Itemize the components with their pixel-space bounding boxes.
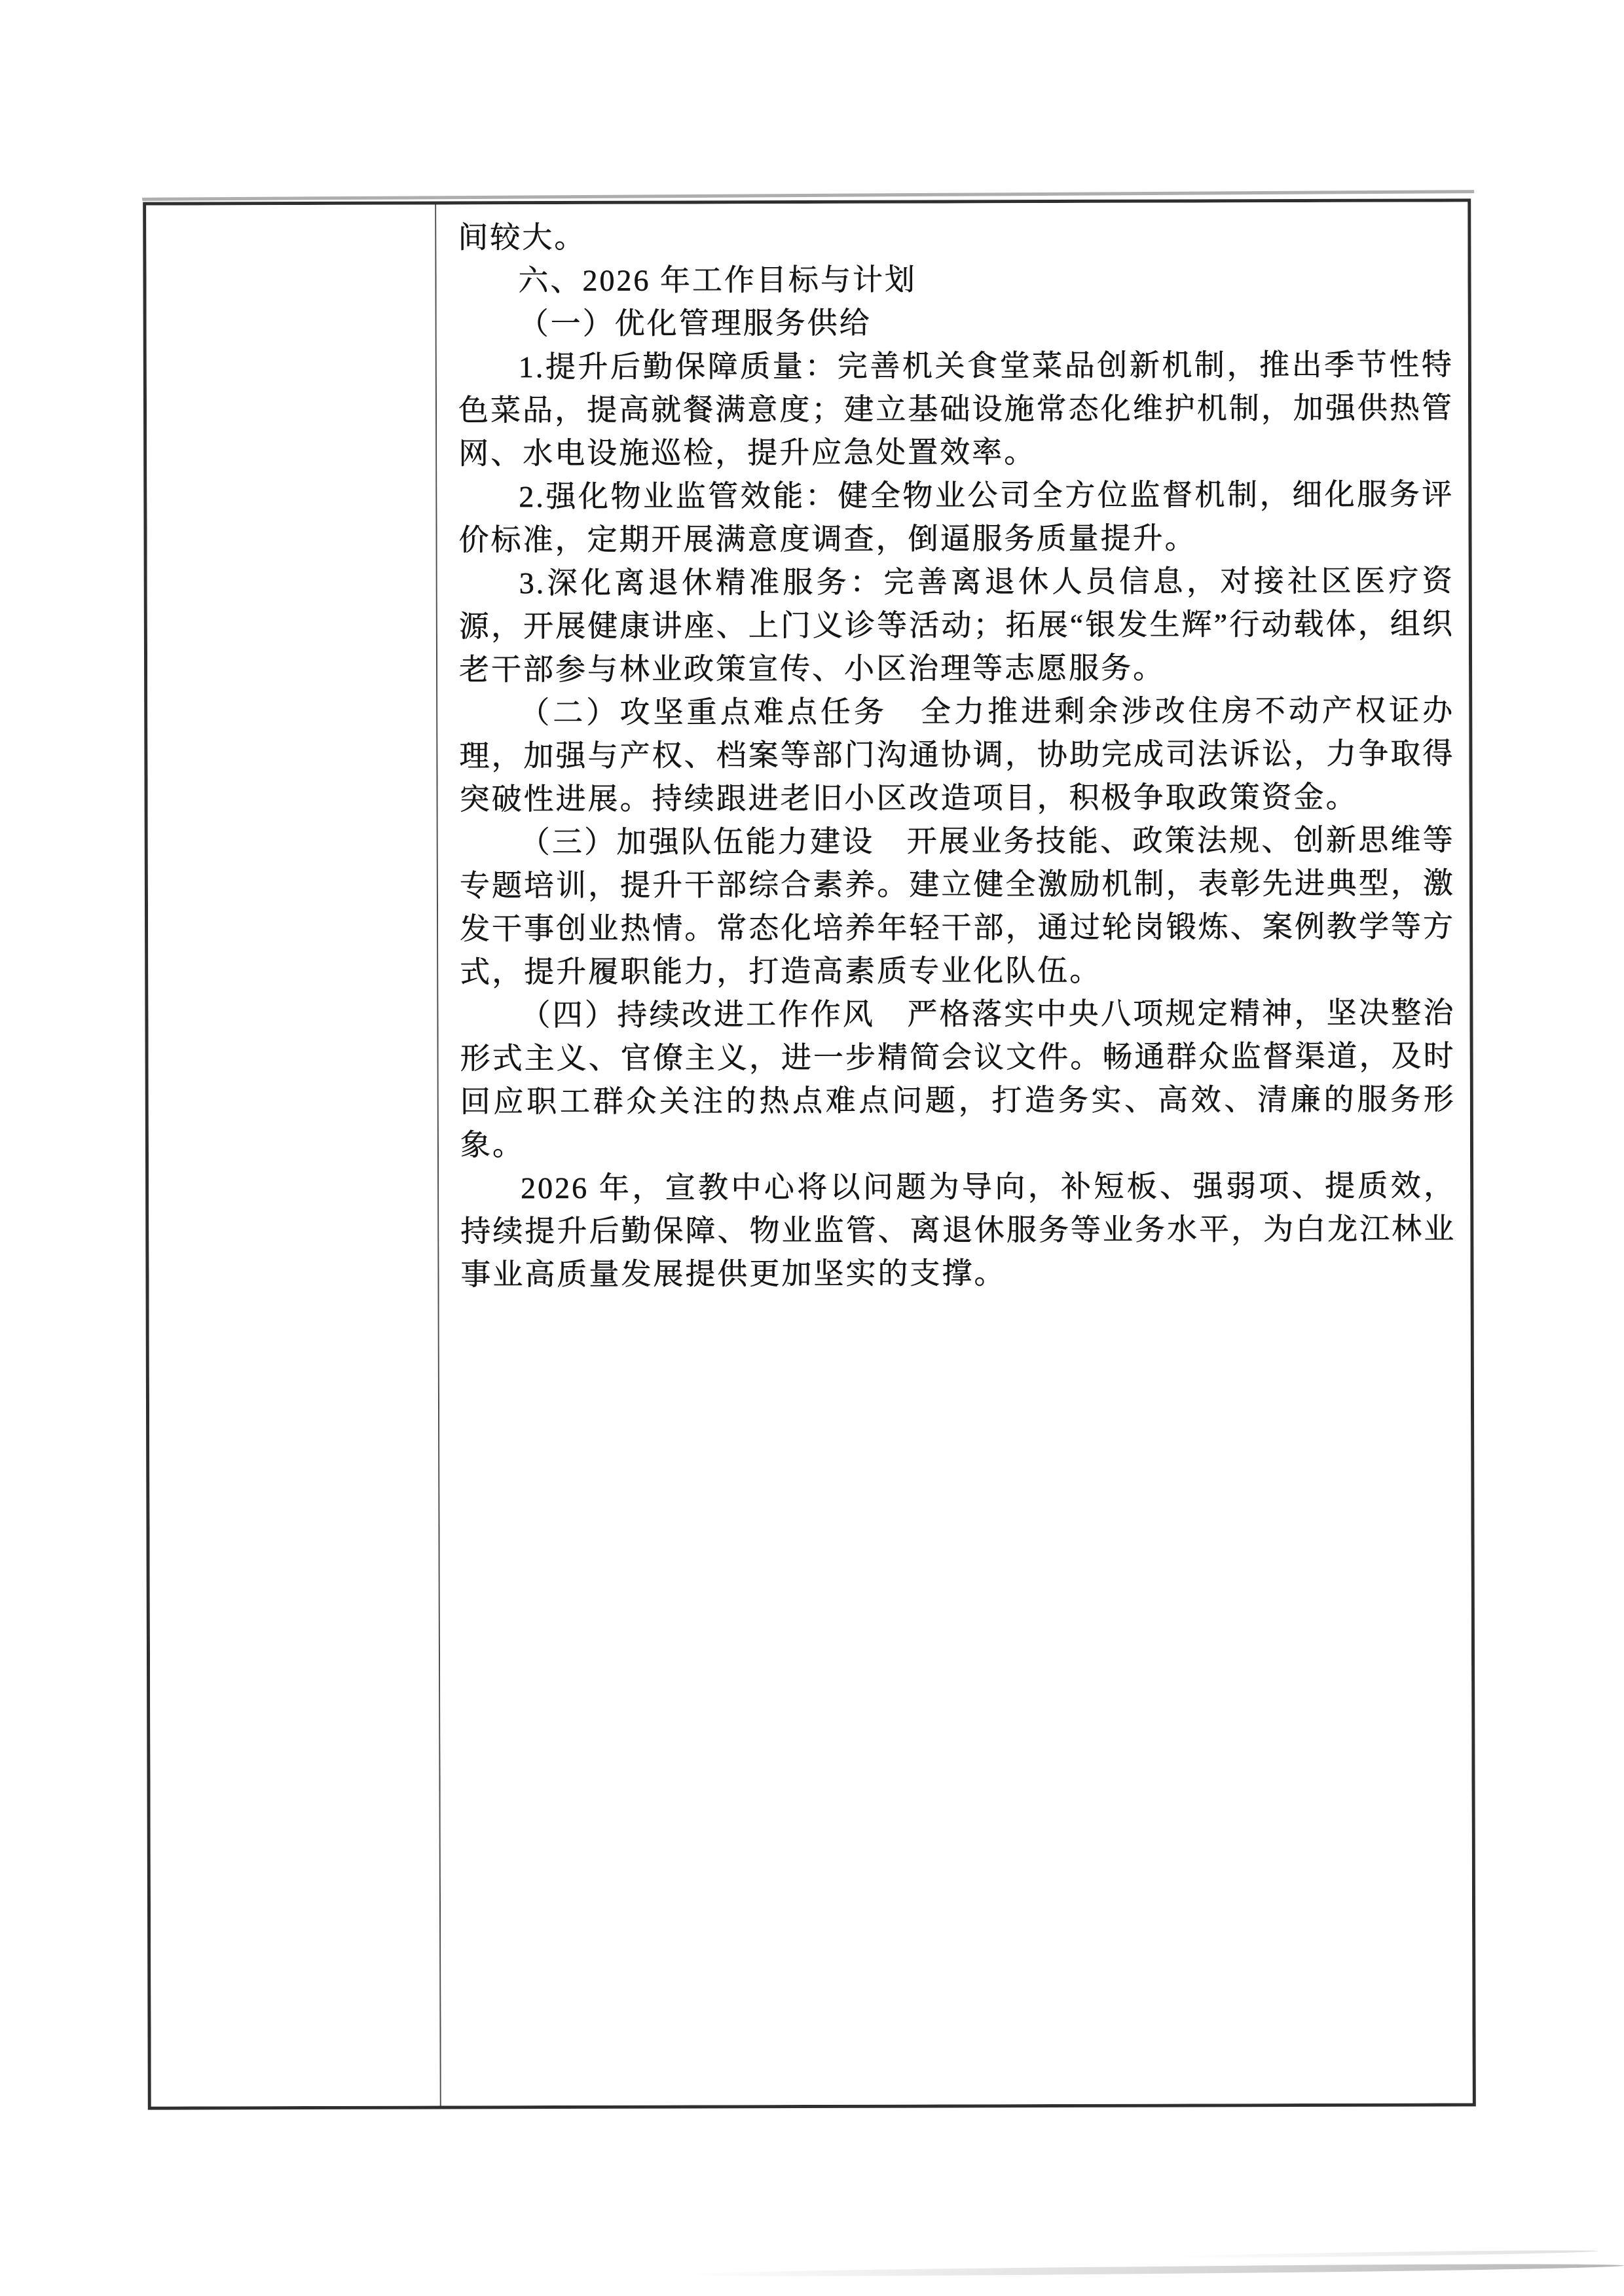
paragraph-item-3: 3.深化离退休精准服务：完善离退休人员信息，对接社区医疗资源，开展健康讲座、上门… <box>459 559 1455 691</box>
section-heading-6: 六、2026 年工作目标与计划 <box>458 257 1453 302</box>
subsection-heading-4: （四）持续改进工作作风 严格落实中央八项规定精神，坚决整治形式主义、官僚主义，进… <box>460 991 1456 1167</box>
paragraph-continuation: 间较大。 <box>458 213 1453 259</box>
scan-artifact-streak-secondary <box>1166 2249 1598 2259</box>
table-right-cell-content: 间较大。 六、2026 年工作目标与计划 （一）优化管理服务供给 1.提升后勤保… <box>436 202 1473 2105</box>
paragraph-item-1: 1.提升后勤保障质量：完善机关食堂菜品创新机制，推出季节性特色菜品，提高就餐满意… <box>458 343 1454 475</box>
scanned-document-page: 间较大。 六、2026 年工作目标与计划 （一）优化管理服务供给 1.提升后勤保… <box>0 0 1624 2296</box>
paragraph-item-2: 2.强化物业监管效能：健全物业公司全方位监督机制，细化服务评价标准，定期开展满意… <box>458 473 1454 562</box>
scan-artifact-streak <box>681 2262 1624 2278</box>
subsection-heading-2: （二）攻坚重点难点任务 全力推进剩余涉改住房不动产权证办理，加强与产权、档案等部… <box>459 689 1455 821</box>
subsection-heading-1: （一）优化管理服务供给 <box>458 300 1454 346</box>
table-left-cell-empty <box>146 204 441 2106</box>
report-table: 间较大。 六、2026 年工作目标与计划 （一）优化管理服务供给 1.提升后勤保… <box>143 198 1476 2109</box>
closing-paragraph: 2026 年，宣教中心将以问题为导向，补短板、强弱项、提质效，持续提升后勤保障、… <box>460 1164 1456 1296</box>
subsection-heading-3: （三）加强队伍能力建设 开展业务技能、政策法规、创新思维等专题培训，提升干部综合… <box>460 818 1456 994</box>
